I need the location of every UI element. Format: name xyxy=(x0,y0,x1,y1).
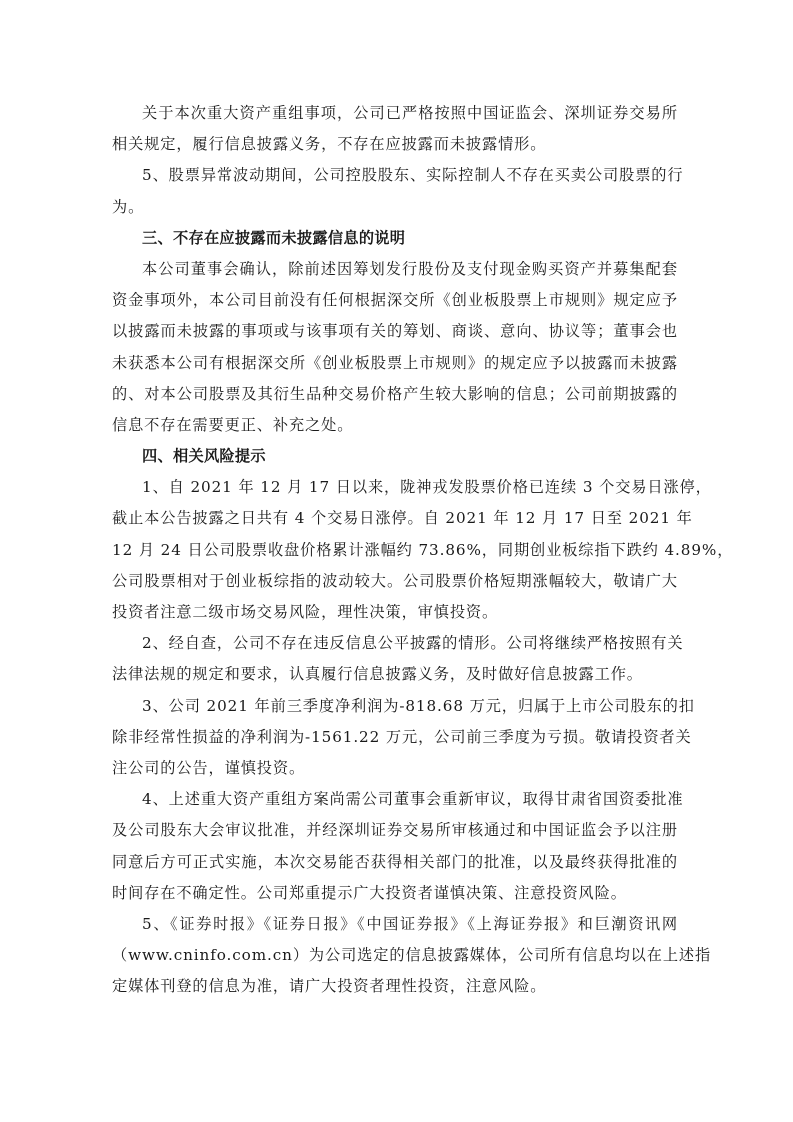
section-heading-4: 四、相关风险提示 xyxy=(112,441,678,472)
paragraph-risk-4: 4、上述重大资产重组方案尚需公司董事会重新审议，取得甘肃省国资委批准 及公司股东… xyxy=(112,784,678,909)
text-line: 本公司董事会确认，除前述因筹划发行股份及支付现金购买资产并募集配套 xyxy=(112,254,678,285)
text-line: 截止本公告披露之日共有 4 个交易日涨停。自 2021 年 12 月 17 日至… xyxy=(112,503,678,534)
paragraph-risk-1: 1、自 2021 年 12 月 17 日以来，陇神戎发股票价格已连续 3 个交易… xyxy=(112,472,678,628)
paragraph-risk-3: 3、公司 2021 年前三季度净利润为-818.68 万元，归属于上市公司股东的… xyxy=(112,691,678,785)
paragraph-item-5-no-trading: 5、股票异常波动期间，公司控股股东、实际控制人不存在买卖公司股票的行 为。 xyxy=(112,160,678,222)
text-line: 定媒体刊登的信息为准，请广大投资者理性投资，注意风险。 xyxy=(112,971,678,1002)
text-line: 5、《证券时报》《证券日报》《中国证券报》《上海证券报》和巨潮资讯网 xyxy=(112,909,678,940)
section-heading-3: 三、不存在应披露而未披露信息的说明 xyxy=(112,223,678,254)
text-line: 2、经自查，公司不存在违反信息公平披露的情形。公司将继续严格按照有关 xyxy=(112,628,678,659)
document-page: 关于本次重大资产重组事项，公司已严格按照中国证监会、深圳证券交易所 相关规定，履… xyxy=(112,98,678,1002)
text-line: 3、公司 2021 年前三季度净利润为-818.68 万元，归属于上市公司股东的… xyxy=(112,691,678,722)
text-line: 公司股票相对于创业板综指的波动较大。公司股票价格短期涨幅较大，敬请广大 xyxy=(112,566,678,597)
text-line: 信息不存在需要更正、补充之处。 xyxy=(112,410,678,441)
text-line: 以披露而未披露的事项或与该事项有关的筹划、商谈、意向、协议等；董事会也 xyxy=(112,316,678,347)
text-line: （www.cninfo.com.cn）为公司选定的信息披露媒体，公司所有信息均以… xyxy=(112,940,678,971)
text-line: 投资者注意二级市场交易风险，理性决策，审慎投资。 xyxy=(112,597,678,628)
paragraph-risk-5-media: 5、《证券时报》《证券日报》《中国证券报》《上海证券报》和巨潮资讯网 （www.… xyxy=(112,909,678,1003)
text-line: 关于本次重大资产重组事项，公司已严格按照中国证监会、深圳证券交易所 xyxy=(112,98,678,129)
text-line: 除非经常性损益的净利润为-1561.22 万元，公司前三季度为亏损。敬请投资者关 xyxy=(112,722,678,753)
text-line: 12 月 24 日公司股票收盘价格累计涨幅约 73.86%，同期创业板综指下跌约… xyxy=(112,535,678,566)
paragraph-board-confirmation: 本公司董事会确认，除前述因筹划发行股份及支付现金购买资产并募集配套 资金事项外，… xyxy=(112,254,678,441)
text-line: 5、股票异常波动期间，公司控股股东、实际控制人不存在买卖公司股票的行 xyxy=(112,160,678,191)
text-line: 时间存在不确定性。公司郑重提示广大投资者谨慎决策、注意投资风险。 xyxy=(112,878,678,909)
text-line: 为。 xyxy=(112,192,678,223)
paragraph-risk-2: 2、经自查，公司不存在违反信息公平披露的情形。公司将继续严格按照有关 法律法规的… xyxy=(112,628,678,690)
paragraph-reorganization-disclosure: 关于本次重大资产重组事项，公司已严格按照中国证监会、深圳证券交易所 相关规定，履… xyxy=(112,98,678,160)
text-line: 4、上述重大资产重组方案尚需公司董事会重新审议，取得甘肃省国资委批准 xyxy=(112,784,678,815)
text-line: 1、自 2021 年 12 月 17 日以来，陇神戎发股票价格已连续 3 个交易… xyxy=(112,472,678,503)
text-line: 法律法规的规定和要求，认真履行信息披露义务，及时做好信息披露工作。 xyxy=(112,659,678,690)
text-line: 注公司的公告，谨慎投资。 xyxy=(112,753,678,784)
text-line: 及公司股东大会审议批准，并经深圳证券交易所审核通过和中国证监会予以注册 xyxy=(112,815,678,846)
text-line: 相关规定，履行信息披露义务，不存在应披露而未披露情形。 xyxy=(112,129,678,160)
text-line: 未获悉本公司有根据深交所《创业板股票上市规则》的规定应予以披露而未披露 xyxy=(112,348,678,379)
text-line: 同意后方可正式实施，本次交易能否获得相关部门的批准，以及最终获得批准的 xyxy=(112,847,678,878)
text-line: 资金事项外，本公司目前没有任何根据深交所《创业板股票上市规则》规定应予 xyxy=(112,285,678,316)
text-line: 的、对本公司股票及其衍生品种交易价格产生较大影响的信息；公司前期披露的 xyxy=(112,379,678,410)
